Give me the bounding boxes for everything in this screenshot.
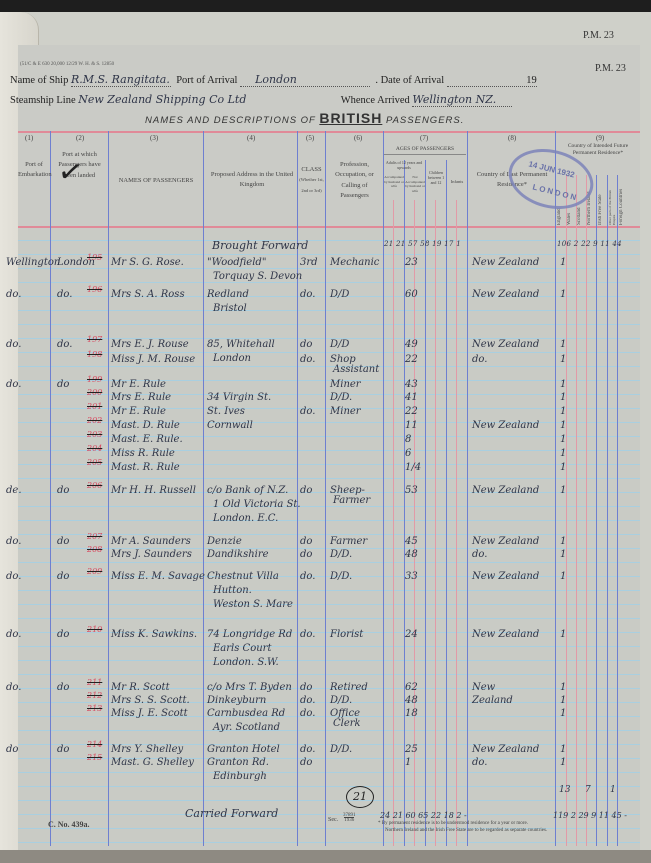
passenger-age: 8: [405, 435, 411, 445]
passenger-class: do: [300, 486, 312, 496]
passenger-age: 48: [405, 696, 418, 706]
address-line-2: London: [213, 354, 251, 364]
passenger-name: Mr E. Rule: [111, 407, 166, 417]
port-landed: do.: [57, 340, 72, 350]
passenger-sequence-number: 201: [87, 403, 102, 411]
col-divider: [467, 131, 468, 846]
passenger-name: Mr R. Scott: [111, 683, 170, 693]
country-last-residence: do.: [472, 550, 487, 560]
port-of-embarkation: do.: [6, 537, 21, 547]
col6-number: (6): [354, 134, 362, 142]
passenger-age: 18: [405, 709, 418, 719]
passenger-class: 3rd: [300, 258, 318, 268]
future-residence-tally: 1: [560, 463, 566, 473]
col9-sub-foreign-countries: Foreign Countries: [619, 185, 624, 225]
passenger-class: do.: [300, 572, 315, 582]
col9-sub-irish-free-state: Irish Free State: [598, 185, 603, 225]
passenger-name: Mr H. H. Russell: [111, 486, 196, 496]
country-last-residence: New Zealand: [472, 745, 539, 755]
passenger-class: do.: [300, 709, 315, 719]
passenger-sequence-number: 206: [87, 482, 102, 490]
col-divider: [617, 175, 618, 846]
future-residence-tally: 1: [560, 550, 566, 560]
page-number-circle: 21: [346, 786, 374, 808]
col5-number: (5): [306, 134, 314, 142]
occupation-line-2: Farmer: [333, 496, 370, 506]
address-line-1: 74 Longridge Rd: [207, 630, 292, 640]
address-line-2: Bristol: [213, 304, 247, 314]
passenger-class: do.: [300, 745, 315, 755]
occupation: Miner: [330, 380, 361, 390]
passenger-class: do: [300, 537, 312, 547]
passenger-class: do.: [300, 407, 315, 417]
col7-not-accompanied-header: Not Accompanied by husband or wife: [405, 175, 425, 193]
passenger-name: Mr E. Rule: [111, 380, 166, 390]
col7-adults-header: Adults of 12 years and upwards: [384, 160, 424, 170]
future-residence-tally: 1: [560, 393, 566, 403]
port-of-embarkation: do.: [6, 290, 21, 300]
country-last-residence: Zealand: [472, 696, 513, 706]
col-divider: [325, 131, 326, 846]
date-arrival-value: 19: [447, 75, 537, 87]
future-residence-tally: 1: [560, 630, 566, 640]
passenger-name: Mrs Y. Shelley: [111, 745, 183, 755]
passenger-name: Mrs S. S. Scott.: [111, 696, 190, 706]
ship-label: Name of Ship: [10, 75, 68, 86]
passenger-class: do: [300, 550, 312, 560]
col-subdivider: [456, 200, 457, 846]
passenger-age: 1: [405, 758, 411, 768]
future-residence-tally: 1: [560, 486, 566, 496]
future-residence-tally: 1: [560, 380, 566, 390]
port-landed: do: [57, 380, 69, 390]
future-residence-tally: 1: [560, 435, 566, 445]
country-last-residence: New: [472, 683, 495, 693]
passenger-sequence-number: 211: [87, 679, 102, 687]
port-arrival-value: London: [240, 73, 370, 87]
occupation: Farmer: [330, 537, 367, 547]
col-subdivider: [576, 175, 577, 846]
col-divider: [203, 131, 204, 846]
country-last-residence: New Zealand: [472, 258, 539, 268]
passenger-sequence-number: 203: [87, 431, 102, 439]
brought-forward-residence: 106 2 22 9 11 44: [557, 241, 622, 248]
passenger-sequence-number: 195: [87, 254, 102, 262]
port-of-embarkation: do.: [6, 572, 21, 582]
col-divider: [108, 131, 109, 846]
col-divider: [596, 175, 597, 846]
passenger-class: do.: [300, 290, 315, 300]
passenger-age: 22: [405, 355, 418, 365]
occupation: D/D.: [330, 550, 352, 560]
passenger-age: 22: [405, 407, 418, 417]
col7-number: (7): [420, 134, 428, 142]
form-number: C. No. 439a.: [48, 820, 90, 829]
occupation: D/D.: [330, 393, 352, 403]
passenger-name: Mast. E. Rule.: [111, 435, 183, 445]
address-line-1: Chestnut Villa: [207, 572, 279, 582]
passenger-age: 24: [405, 630, 418, 640]
address-line-2: Earls Court: [213, 644, 271, 654]
passenger-age: 1/4: [405, 463, 421, 473]
passenger-age: 62: [405, 683, 418, 693]
ship-line: Name of Ship R.M.S. Rangitata. Port of A…: [10, 73, 537, 87]
address-line-1: Cornwall: [207, 421, 253, 431]
address-line-2: Torquay S. Devon: [213, 272, 302, 282]
future-residence-tally: 1: [560, 449, 566, 459]
country-last-residence: do.: [472, 355, 487, 365]
page-title: NAMES AND DESCRIPTIONS OF BRITISH PASSEN…: [145, 110, 464, 126]
col-divider: [607, 175, 608, 846]
passenger-name: Mr S. G. Rose.: [111, 258, 184, 268]
passenger-name: Miss J. E. Scott: [111, 709, 188, 719]
passenger-name: Miss E. M. Savage: [111, 572, 205, 582]
occupation: Retired: [330, 683, 368, 693]
passenger-sequence-number: 208: [87, 546, 102, 554]
port-of-embarkation: do: [6, 745, 18, 755]
passenger-sequence-number: 214: [87, 741, 102, 749]
col-subdivider: [435, 200, 436, 846]
passenger-name: Mrs J. Saunders: [111, 550, 192, 560]
country-last-residence: New Zealand: [472, 630, 539, 640]
address-line-2: Edinburgh: [213, 772, 267, 782]
passenger-sequence-number: 215: [87, 754, 102, 762]
col-subdivider: [586, 175, 587, 846]
address-line-1: St. Ives: [207, 407, 245, 417]
footnote-2: Northern Ireland and the Irish Free Stat…: [385, 828, 547, 833]
future-residence-tally: 1: [560, 758, 566, 768]
future-residence-tally: 1: [560, 407, 566, 417]
passenger-class: do.: [300, 696, 315, 706]
port-of-embarkation: de.: [6, 486, 22, 496]
col3-number: (3): [150, 134, 158, 142]
date-arrival-label: Date of Arrival: [381, 75, 445, 86]
occupation: D/D.: [330, 572, 352, 582]
port-of-embarkation: do.: [6, 630, 21, 640]
carried-forward-label: Carried Forward: [185, 808, 278, 819]
col7-infants-header: Infants: [447, 178, 467, 185]
occupation: D/D.: [330, 696, 352, 706]
page-stack-edge: [0, 850, 651, 863]
col5-header: CLASS(Whether 1st, 2nd or 3rd): [298, 165, 325, 196]
subtotal-england: 13: [559, 786, 570, 795]
passenger-sequence-number: 197: [87, 336, 102, 344]
passenger-sequence-number: 198: [87, 351, 102, 359]
col4-header: Proposed Address in the United Kingdom: [210, 170, 294, 191]
passenger-name: Miss K. Sawkins.: [111, 630, 197, 640]
col1-number: (1): [25, 134, 33, 142]
header-rule-top: [18, 131, 640, 133]
steamship-line: Steamship Line New Zealand Shipping Co L…: [10, 93, 512, 107]
line-label: Steamship Line: [10, 95, 76, 106]
passenger-sequence-number: 207: [87, 533, 102, 541]
address-line-1: "Woodfield": [207, 258, 266, 268]
port-of-embarkation: Wellington: [6, 258, 60, 268]
address-line-2: Hutton.: [213, 586, 252, 596]
occupation: D/D.: [330, 745, 352, 755]
address-line-1: Carnbusdea Rd: [207, 709, 285, 719]
address-line-3: London. S.W.: [213, 658, 279, 668]
port-landed: do: [57, 683, 69, 693]
printer-line: (51/C & E 630 20,000 12/29 W. H. & S. 12…: [20, 62, 114, 67]
port-of-embarkation: do.: [6, 380, 21, 390]
passenger-class: do: [300, 758, 312, 768]
address-line-2: 1 Old Victoria St.: [213, 500, 301, 510]
future-residence-tally: 1: [560, 421, 566, 431]
col8-number: (8): [508, 134, 516, 142]
passenger-age: 23: [405, 258, 418, 268]
country-last-residence: New Zealand: [472, 290, 539, 300]
col2-number: (2): [76, 134, 84, 142]
address-line-1: Granton Rd.: [207, 758, 269, 768]
future-residence-tally: 1: [560, 537, 566, 547]
address-line-1: c/o Bank of N.Z.: [207, 486, 288, 496]
country-last-residence: New Zealand: [472, 537, 539, 547]
passenger-sequence-number: 202: [87, 417, 102, 425]
form-code-sheet: P.M. 23: [595, 63, 626, 74]
future-residence-tally: 1: [560, 340, 566, 350]
col9-sub-other-british-empire: Other parts of the British Empire: [608, 185, 616, 225]
passenger-age: 53: [405, 486, 418, 496]
passenger-age: 11: [405, 421, 418, 431]
brought-forward-ages: 21 21 57 58 19 17 1: [384, 241, 461, 248]
passenger-age: 33: [405, 572, 418, 582]
col4-number: (4): [247, 134, 255, 142]
line-value: New Zealand Shipping Co Ltd: [78, 93, 338, 106]
address-line-3: Weston S. Mare: [213, 600, 293, 610]
brought-forward-label: Brought Forward: [212, 240, 308, 251]
passenger-age: 43: [405, 380, 418, 390]
col7-header: AGES OF PASSENGERS: [384, 145, 466, 155]
address-line-1: Denzie: [207, 537, 242, 547]
col-divider: [50, 131, 51, 846]
address-line-1: Granton Hotel: [207, 745, 280, 755]
future-residence-tally: 1: [560, 290, 566, 300]
passenger-name: Mast. D. Rule: [111, 421, 180, 431]
occupation-line-2: Assistant: [333, 365, 379, 375]
col-divider: [383, 131, 384, 846]
port-landed: do: [57, 537, 69, 547]
col-divider: [555, 131, 556, 846]
passenger-name: Mr A. Saunders: [111, 537, 191, 547]
passenger-name: Mast. R. Rule: [111, 463, 180, 473]
passenger-sequence-number: 205: [87, 459, 102, 467]
passenger-sequence-number: 213: [87, 705, 102, 713]
occupation: D/D: [330, 290, 349, 300]
whence-label: Whence Arrived: [341, 95, 410, 106]
address-line-2: Ayr. Scotland: [213, 723, 280, 733]
title-british: BRITISH: [319, 110, 382, 126]
occupation: Florist: [330, 630, 363, 640]
country-last-residence: New Zealand: [472, 421, 539, 431]
passenger-name: Miss R. Rule: [111, 449, 175, 459]
passenger-sequence-number: 212: [87, 692, 102, 700]
passenger-class: do: [300, 340, 312, 350]
col1-header: Port of Embarkation: [18, 160, 50, 181]
col-divider: [446, 160, 447, 846]
whence-value: Wellington NZ.: [412, 93, 512, 107]
passenger-age: 45: [405, 537, 418, 547]
address-line-1: c/o Mrs T. Byden: [207, 683, 292, 693]
port-landed: do: [57, 572, 69, 582]
passenger-age: 6: [405, 449, 411, 459]
passenger-class: do.: [300, 355, 315, 365]
passenger-sequence-number: 199: [87, 376, 102, 384]
country-last-residence: New Zealand: [472, 486, 539, 496]
sec-label: Sec.: [328, 817, 338, 823]
form-code-top: P.M. 23: [583, 30, 614, 41]
passenger-class: do: [300, 683, 312, 693]
future-residence-tally: 1: [560, 355, 566, 365]
country-last-residence: New Zealand: [472, 572, 539, 582]
address-line-1: Dinkeyburn: [207, 696, 266, 706]
passenger-name: Miss J. M. Rouse: [111, 355, 195, 365]
address-line-1: 34 Virgin St.: [207, 393, 271, 403]
carried-forward-residence: 119 2 29 9 11 45 -: [553, 812, 627, 820]
passenger-sequence-number: 204: [87, 445, 102, 453]
country-last-residence: New Zealand: [472, 340, 539, 350]
col-subdivider: [393, 200, 394, 846]
address-line-1: Redland: [207, 290, 249, 300]
occupation: D/D: [330, 340, 349, 350]
passenger-name: Mrs E. Rule: [111, 393, 171, 403]
future-residence-tally: 1: [560, 683, 566, 693]
occupation: Miner: [330, 407, 361, 417]
passenger-name: Mrs S. A. Ross: [111, 290, 185, 300]
col7-children-header: Children between 1 and 12: [426, 170, 446, 186]
port-landed: do: [57, 745, 69, 755]
address-line-3: London. E.C.: [213, 514, 278, 524]
passenger-age: 48: [405, 550, 418, 560]
passenger-sequence-number: 210: [87, 626, 102, 634]
port-of-embarkation: do.: [6, 683, 21, 693]
col-divider: [425, 160, 426, 846]
port-arrival-label: Port of Arrival: [176, 75, 237, 86]
passenger-sequence-number: 196: [87, 286, 102, 294]
port-of-embarkation: do.: [6, 340, 21, 350]
future-residence-tally: 1: [560, 258, 566, 268]
passenger-age: 49: [405, 340, 418, 350]
subtotal-scotland: 7: [585, 786, 591, 795]
port-landed: do: [57, 630, 69, 640]
passenger-class: do.: [300, 630, 315, 640]
passenger-sequence-number: 209: [87, 568, 102, 576]
footnote-1: * By permanent residence is to be unders…: [378, 821, 528, 826]
col6-header: Profession, Occupation, or Calling of Pa…: [327, 160, 382, 202]
address-line-1: 85, Whitehall: [207, 340, 275, 350]
col3-header: NAMES OF PASSENGERS: [110, 176, 202, 186]
sec-fraction: 378911936: [343, 813, 356, 823]
port-landed: do: [57, 486, 69, 496]
passenger-age: 41: [405, 393, 418, 403]
passenger-name: Mast. G. Shelley: [111, 758, 194, 768]
passenger-sequence-number: 200: [87, 389, 102, 397]
future-residence-tally: 1: [560, 709, 566, 719]
future-residence-tally: 1: [560, 696, 566, 706]
port-landed: do.: [57, 290, 72, 300]
future-residence-tally: 1: [560, 572, 566, 582]
address-line-1: Dandikshire: [207, 550, 269, 560]
country-last-residence: do.: [472, 758, 487, 768]
passenger-age: 60: [405, 290, 418, 300]
future-residence-tally: 1: [560, 745, 566, 755]
passenger-name: Mrs E. J. Rouse: [111, 340, 189, 350]
passenger-age: 25: [405, 745, 418, 755]
subtotal-other: 1: [610, 786, 616, 795]
col7-accompanied-header: Accompanied by husband or wife: [384, 175, 404, 189]
header-rule-bottom: [18, 226, 640, 228]
ship-value: R.M.S. Rangitata.: [71, 73, 171, 87]
carried-forward-ages: 24 21 60 65 22 18 2 -: [380, 812, 467, 820]
occupation: Mechanic: [330, 258, 379, 268]
col9-number: (9): [596, 134, 604, 142]
occupation-line-2: Clerk: [333, 719, 361, 729]
